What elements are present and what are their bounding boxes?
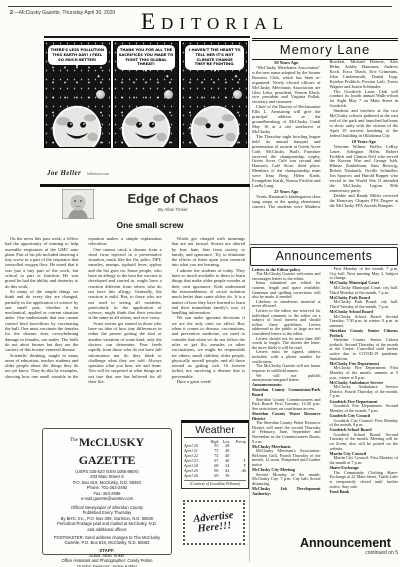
masthead-line: e-mail:gazette@westriv.com bbox=[46, 496, 168, 501]
cartoonist-signature: Joe Heller hellertoon.com bbox=[47, 162, 109, 180]
memory-lane-header: Memory Lane bbox=[252, 38, 398, 60]
announcement-item: The Community Clothing Share-Exchange at… bbox=[330, 471, 399, 489]
memory-lane-item: Veterans Wilmer Hoffer, LeRoy Lauer, Arl… bbox=[330, 145, 399, 194]
moon-icon bbox=[164, 90, 173, 99]
announcements-top-rule bbox=[250, 244, 398, 245]
columnist-photo bbox=[62, 189, 94, 219]
masthead-title-name: McCLUSKY GAZETTE bbox=[79, 435, 144, 467]
memory-lane-item: Debbie and Randy Miller received the Hon… bbox=[330, 194, 399, 209]
top-rule bbox=[8, 6, 392, 7]
advertise-text: Advertise Here!!! bbox=[184, 510, 244, 536]
masthead-contact-lines: (USPS 335-520 ISSN 1085-860X)203 Main St… bbox=[46, 469, 168, 502]
earth-face-icon bbox=[120, 104, 172, 148]
cartoon-panel-3: I HAVEN'T THE HEART TO TELL HER IT'S NOT… bbox=[181, 41, 248, 148]
announcement-item: Second Monday of the month: McClusky Cit… bbox=[252, 473, 321, 487]
moon-icon bbox=[96, 90, 105, 99]
masthead-title-prefix: The bbox=[70, 438, 78, 443]
announcement-item: McClusky Job Development Authority: bbox=[252, 487, 321, 496]
earth-face-icon bbox=[189, 104, 241, 148]
advertise-box: Advertise Here!!! bbox=[183, 500, 245, 545]
speech-bubble: THERE'S LESS POLLUTION THIS EARTH DAY! I… bbox=[48, 45, 107, 65]
speech-bubble: THANK YOU FOR ALL THE SACRIFICES YOU MAD… bbox=[117, 45, 176, 70]
header-rule bbox=[44, 36, 250, 38]
cartoon-panel-2: THANK YOU FOR ALL THE SACRIFICES YOU MAD… bbox=[113, 41, 180, 148]
announcement-item: The Sheridan County Water Resource Distr… bbox=[252, 421, 321, 444]
article-headline: One small screw bbox=[80, 220, 220, 230]
page-number: 2 bbox=[10, 10, 13, 16]
star-icon: ✦ bbox=[165, 75, 169, 80]
weather-courtesy: (Courtesy of Geraldine Pellman) bbox=[184, 480, 246, 486]
article-paragraph: I admire the students of today. They hav… bbox=[172, 268, 245, 316]
masthead-line: and additional offices bbox=[46, 527, 168, 532]
announcement-item: Letters should not be more than 200 word… bbox=[252, 337, 321, 351]
continued-notice: Announcement continued on 5 bbox=[300, 534, 398, 556]
column-title: Edge of Chaos bbox=[98, 191, 248, 206]
announcement-item: McClusky Ambulance Service District: Fou… bbox=[330, 385, 399, 399]
memory-lane-columns: 50 Years Ago“McClusky Merchants Associat… bbox=[252, 60, 398, 244]
announcement-item: Items submitted are edited for content, … bbox=[252, 281, 321, 299]
article-paragraph: Words get charged with meanings that are… bbox=[172, 236, 245, 268]
masthead-box: TheMcCLUSKY GAZETTE (USPS 335-520 ISSN 1… bbox=[42, 428, 172, 555]
memory-lane-item: Students and teachers at the two McClusk… bbox=[330, 109, 399, 139]
announcements-columns: Letters to the Editor policyThe McClusky… bbox=[252, 267, 398, 531]
portrait-image bbox=[62, 189, 94, 219]
announcement-item: Goodrich School Board: Second Tuesday of… bbox=[330, 433, 399, 451]
announcement-item: Letters must be signed, address included… bbox=[252, 350, 321, 364]
announcement-item: McClusky Municipal Court: city hall. Thi… bbox=[330, 286, 399, 295]
memory-lane-item: Chief of the Bureau of Reclamation Ellis… bbox=[252, 105, 321, 135]
article-paragraph: Scare stories get started in those who h… bbox=[88, 321, 161, 385]
weather-title: Weather bbox=[184, 424, 246, 438]
announcement-item: McClusky Merchant's Association: BeUnion… bbox=[252, 449, 321, 467]
editorial-cartoon: THERE'S LESS POLLUTION THIS EARTH DAY! I… bbox=[44, 41, 248, 148]
memory-lane-item: The Thursday night bowling league held i… bbox=[252, 135, 321, 189]
article-paragraph: Have a great week! bbox=[172, 379, 245, 384]
section-divider-rule bbox=[40, 184, 250, 187]
cartoon-panel-1: THERE'S LESS POLLUTION THIS EARTH DAY! I… bbox=[44, 41, 111, 148]
cartoonist-website: hellertoon.com bbox=[87, 172, 109, 176]
announcements-banner: Announcements bbox=[250, 247, 398, 266]
speech-bubble: I HAVEN'T THE HEART TO TELL HER IT'S NOT… bbox=[185, 45, 244, 70]
announcement-item: Food Bank bbox=[330, 490, 399, 495]
folio-text: —McClusky Gazette, Thursday April 30, 20… bbox=[14, 10, 115, 16]
weather-box: Weather High Low Precip April 205528Apri… bbox=[181, 420, 249, 489]
masthead-title: TheMcCLUSKY GAZETTE bbox=[46, 433, 168, 469]
article-paragraph: We can make ignorant decisions if we are… bbox=[172, 315, 245, 379]
article-body: On the news this past week, a fellow had… bbox=[5, 236, 245, 414]
table-cell: 39 bbox=[218, 474, 229, 479]
continued-note: continued on 5 bbox=[300, 550, 398, 556]
earth-face-icon bbox=[51, 104, 103, 148]
article-paragraph: One cannot catch a disease from a dead v… bbox=[88, 247, 161, 321]
announcement-item: Sheridan County Senior Citizen potluck: … bbox=[330, 338, 399, 361]
weather-table: High Low Precip April 205528April 217528… bbox=[184, 439, 246, 479]
moon-icon bbox=[233, 90, 242, 99]
announcement-item: Letters to the editor are reserved for i… bbox=[252, 309, 321, 337]
star-icon: ✦ bbox=[96, 75, 100, 80]
memory-lane-title: Memory Lane bbox=[252, 42, 398, 60]
announcement-item: Sheridan County Commissioners and Park B… bbox=[252, 398, 321, 412]
memory-lane-item: “McClusky Merchants Association” is the … bbox=[252, 66, 321, 105]
announcement-item: Goodrich Fire Department: Second Monday … bbox=[330, 404, 399, 413]
star-icon: ✦ bbox=[234, 75, 238, 80]
continued-title: Announcement bbox=[300, 536, 398, 550]
page-folio: 2—McClusky Gazette, Thursday April 30, 2… bbox=[10, 10, 115, 16]
article-paragraph: So many of the simple things we think an… bbox=[5, 289, 78, 353]
column-byline: By Allan Tinker bbox=[98, 207, 248, 212]
staff-line: Office Assistant and Photographer: Candy… bbox=[46, 558, 168, 563]
article-paragraph: On the news this past week, a fellow had… bbox=[5, 236, 78, 289]
section-title: EDITORIAL bbox=[110, 9, 320, 35]
masthead-staff-lines: Editor: Allan TinkerOffice Assistant and… bbox=[46, 553, 168, 567]
announcement-item: McClusky Fire Department: First Monday o… bbox=[330, 366, 399, 380]
announcement-item: McClusky School Board: Second Tuesday; 7… bbox=[330, 315, 399, 329]
vertical-column-divider bbox=[249, 40, 250, 562]
masthead-postmaster: POSTMASTER: Send address changes to The … bbox=[46, 535, 168, 546]
table-row: April 266939 bbox=[184, 474, 246, 479]
masthead-line: Periodical Postage paid and mailed at Mc… bbox=[46, 521, 168, 526]
newspaper-editorial-page: 2—McClusky Gazette, Thursday April 30, 2… bbox=[0, 0, 400, 567]
table-cell: 69 bbox=[206, 474, 219, 479]
table-cell bbox=[229, 474, 246, 479]
weather-table-body: April 205528April 217528April 227440Apri… bbox=[184, 444, 246, 479]
memory-lane-item: The Goodrich Lions Club will conduct its… bbox=[330, 90, 399, 110]
table-cell: April 26 bbox=[184, 474, 206, 479]
masthead-publisher-lines: Official Newspaper of Sheridan CountyPub… bbox=[46, 505, 168, 532]
cartoonist-name: Joe Heller bbox=[47, 169, 81, 177]
announcement-item: First Monday of the month, 7 p.m. City h… bbox=[330, 267, 399, 281]
